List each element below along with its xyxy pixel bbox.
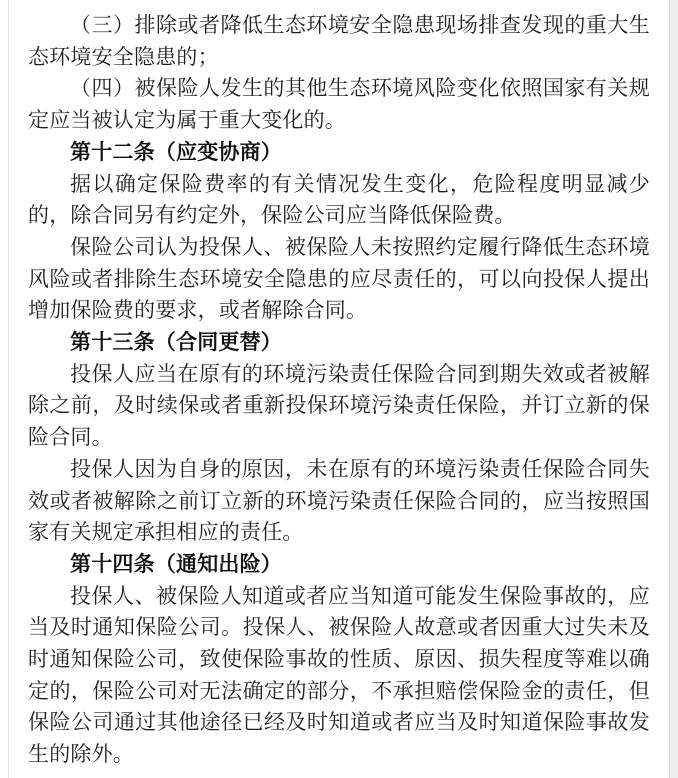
- body-paragraph: 投保人因为自身的原因，未在原有的环境污染责任保险合同失效或者被解除之前订立新的环…: [28, 454, 650, 549]
- body-paragraph: 投保人应当在原有的环境污染责任保险合同到期失效或者被解除之前，及时续保或者重新投…: [28, 359, 650, 454]
- document-body: （三）排除或者降低生态环境安全隐患现场排查发现的重大生态环境安全隐患的；（四）被…: [28, 10, 650, 771]
- body-paragraph: 保险公司认为投保人、被保险人未按照约定履行降低生态环境风险或者排除生态环境安全隐…: [28, 232, 650, 327]
- article-heading: 第十三条（合同更替）: [28, 327, 650, 359]
- body-paragraph: （三）排除或者降低生态环境安全隐患现场排查发现的重大生态环境安全隐患的；: [28, 10, 650, 73]
- body-paragraph: 据以确定保险费率的有关情况发生变化，危险程度明显减少的，除合同另有约定外，保险公…: [28, 169, 650, 232]
- article-heading: 第十二条（应变协商）: [28, 137, 650, 169]
- page-right-gutter: [669, 0, 678, 778]
- page-left-edge-line: [8, 0, 9, 778]
- article-heading: 第十四条（通知出险）: [28, 549, 650, 581]
- document-page: （三）排除或者降低生态环境安全隐患现场排查发现的重大生态环境安全隐患的；（四）被…: [0, 0, 678, 778]
- body-paragraph: 投保人、被保险人知道或者应当知道可能发生保险事故的，应当及时通知保险公司。投保人…: [28, 581, 650, 771]
- body-paragraph: （四）被保险人发生的其他生态环境风险变化依照国家有关规定应当被认定为属于重大变化…: [28, 73, 650, 136]
